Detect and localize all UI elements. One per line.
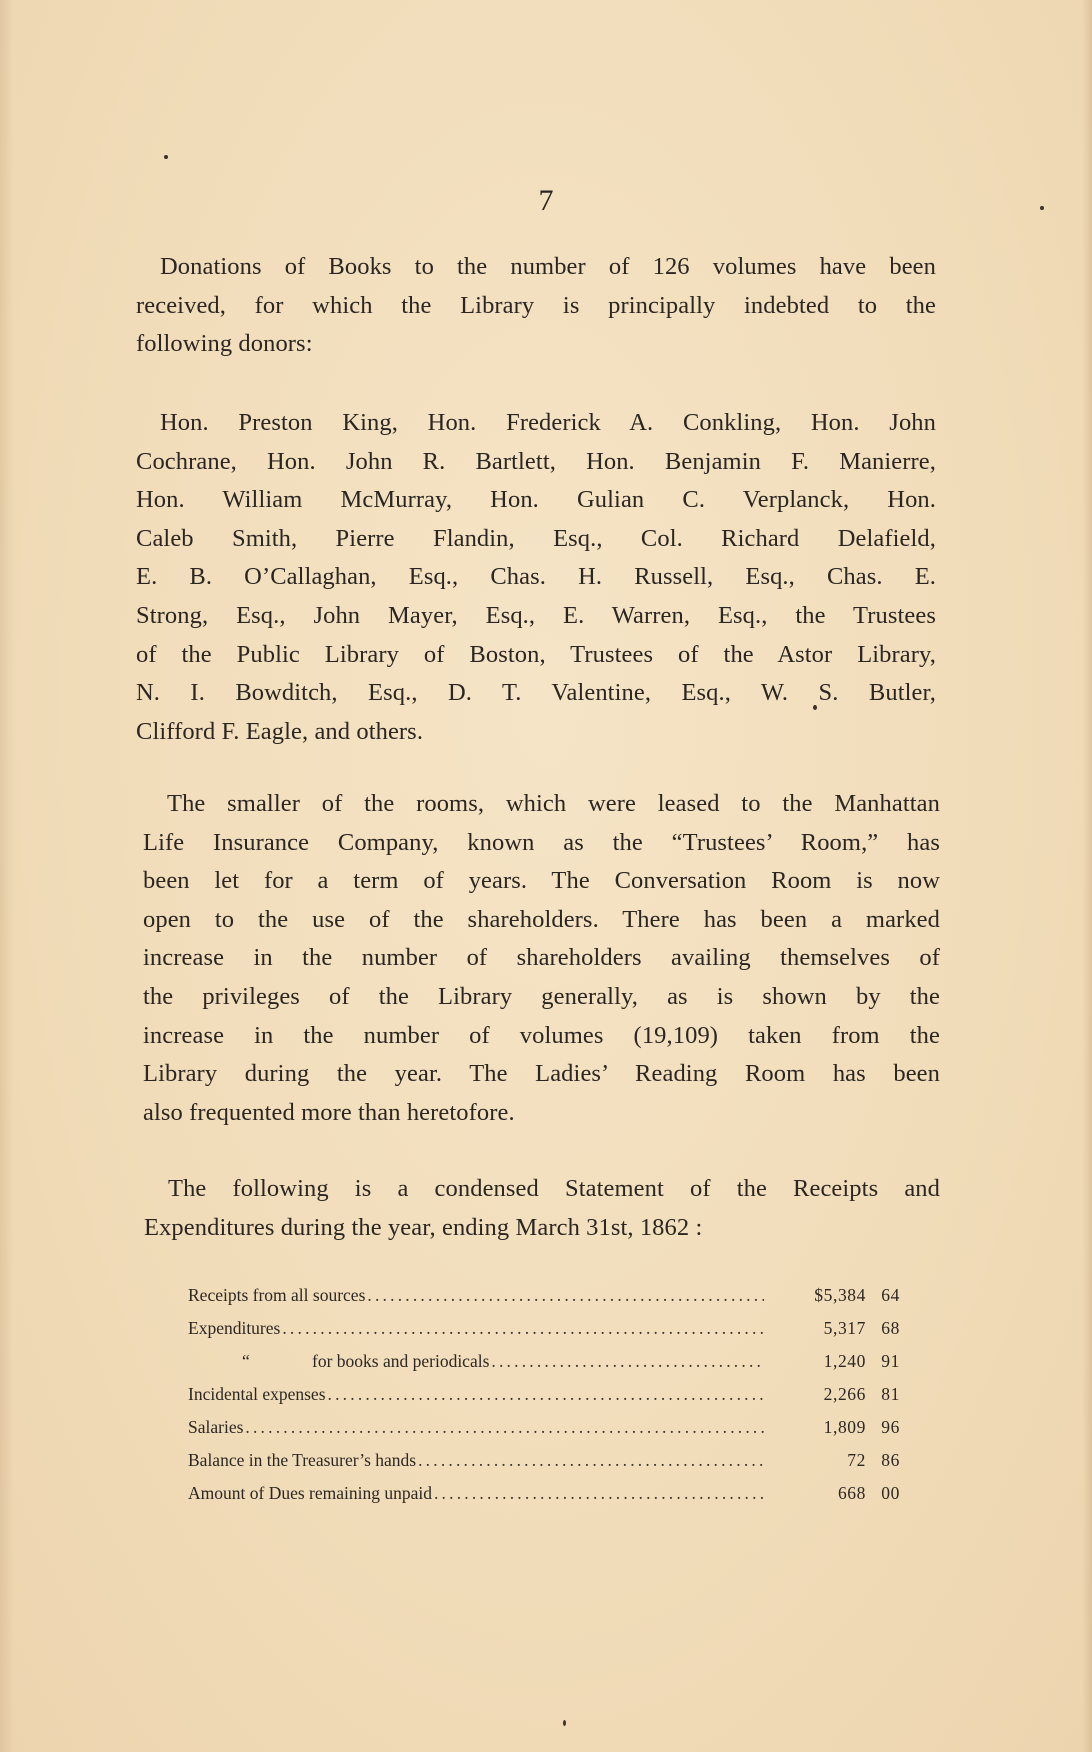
statement-dollars: 1,809 — [768, 1417, 866, 1438]
page-edge-shadow-right — [1082, 0, 1092, 1752]
dot-leader — [245, 1417, 764, 1438]
statement-dollars: 72 — [768, 1450, 866, 1471]
statement-dollars: 5,317 — [768, 1318, 866, 1339]
statement-dollars: 1,240 — [768, 1351, 866, 1372]
dot-leader — [491, 1351, 764, 1372]
page-number: 7 — [0, 184, 1092, 218]
paragraph-statement-intro: The following is a condensed Statement o… — [144, 1170, 940, 1247]
statement-row-salaries: Salaries 1,809 96 — [188, 1417, 900, 1450]
statement-label: Amount of Dues remaining unpaid — [188, 1483, 432, 1504]
text-line: Hon. Preston King, Hon. Frederick A. Con… — [136, 404, 936, 443]
text-line: of the Public Library of Boston, Trustee… — [136, 636, 936, 675]
text-line: Donations of Books to the number of 126 … — [136, 248, 936, 287]
statement-cents: 81 — [866, 1384, 900, 1405]
text-line: following donors: — [136, 325, 936, 364]
statement-row-balance: Balance in the Treasurer’s hands 72 86 — [188, 1450, 900, 1483]
text-line: Library during the year. The Ladies’ Rea… — [143, 1055, 940, 1094]
statement-label: Receipts from all sources — [188, 1285, 365, 1306]
text-line: Expenditures during the year, ending Mar… — [144, 1209, 940, 1248]
statement-dollars: 2,266 — [768, 1384, 866, 1405]
text-line: The smaller of the rooms, which were lea… — [143, 785, 940, 824]
ditto-mark: “ — [242, 1351, 312, 1372]
paragraph-rooms: The smaller of the rooms, which were lea… — [143, 785, 940, 1132]
statement-label: Balance in the Treasurer’s hands — [188, 1450, 416, 1471]
statement-label: for books and periodicals — [312, 1351, 489, 1371]
text-line: The following is a condensed Statement o… — [144, 1170, 940, 1209]
text-line: the privileges of the Library generally,… — [143, 978, 940, 1017]
statement-label-group: “for books and periodicals — [188, 1351, 489, 1372]
statement-cents: 00 — [866, 1483, 900, 1504]
text-line: received, for which the Library is princ… — [136, 287, 936, 326]
statement-cents: 68 — [866, 1318, 900, 1339]
dot-leader — [434, 1483, 764, 1504]
statement-cents: 86 — [866, 1450, 900, 1471]
dot-leader — [418, 1450, 764, 1471]
text-line: Cochrane, Hon. John R. Bartlett, Hon. Be… — [136, 443, 936, 482]
statement-row-dues-unpaid: Amount of Dues remaining unpaid 668 00 — [188, 1483, 900, 1516]
statement-row-receipts: Receipts from all sources $5,384 64 — [188, 1285, 900, 1318]
text-line: also frequented more than heretofore. — [143, 1094, 940, 1133]
statement-cents: 64 — [866, 1285, 900, 1306]
paragraph-donations: Donations of Books to the number of 126 … — [136, 248, 936, 364]
dot-leader — [328, 1384, 764, 1405]
dot-leader — [282, 1318, 764, 1339]
statement-row-incidental: Incidental expenses 2,266 81 — [188, 1384, 900, 1417]
statement-label: Salaries — [188, 1417, 243, 1438]
dot-leader — [367, 1285, 764, 1306]
text-line: increase in the number of shareholders a… — [143, 939, 940, 978]
statement-label: Incidental expenses — [188, 1384, 326, 1405]
text-line: been let for a term of years. The Conver… — [143, 862, 940, 901]
text-line: Strong, Esq., John Mayer, Esq., E. Warre… — [136, 597, 936, 636]
statement-label: Expenditures — [188, 1318, 280, 1339]
statement-dollars: $5,384 — [768, 1285, 866, 1306]
scan-speck — [563, 1720, 566, 1726]
page-edge-shadow-left — [0, 0, 14, 1752]
text-line: increase in the number of volumes (19,10… — [143, 1017, 940, 1056]
text-line: Clifford F. Eagle, and others. — [136, 713, 936, 752]
statement-cents: 91 — [866, 1351, 900, 1372]
text-line: E. B. O’Callaghan, Esq., Chas. H. Russel… — [136, 558, 936, 597]
text-line: Caleb Smith, Pierre Flandin, Esq., Col. … — [136, 520, 936, 559]
scan-speck — [164, 155, 168, 159]
document-page: 7 Donations of Books to the number of 12… — [0, 0, 1092, 1752]
statement-row-expenditures: Expenditures 5,317 68 — [188, 1318, 900, 1351]
statement-cents: 96 — [866, 1417, 900, 1438]
text-line: Life Insurance Company, known as the “Tr… — [143, 824, 940, 863]
text-line: open to the use of the shareholders. The… — [143, 901, 940, 940]
statement-row-books-periodicals: “for books and periodicals 1,240 91 — [188, 1351, 900, 1384]
statement-dollars: 668 — [768, 1483, 866, 1504]
paragraph-donors-list: Hon. Preston King, Hon. Frederick A. Con… — [136, 404, 936, 751]
text-line: N. I. Bowditch, Esq., D. T. Valentine, E… — [136, 674, 936, 713]
text-line: Hon. William McMurray, Hon. Gulian C. Ve… — [136, 481, 936, 520]
financial-statement-table: Receipts from all sources $5,384 64 Expe… — [188, 1285, 900, 1516]
